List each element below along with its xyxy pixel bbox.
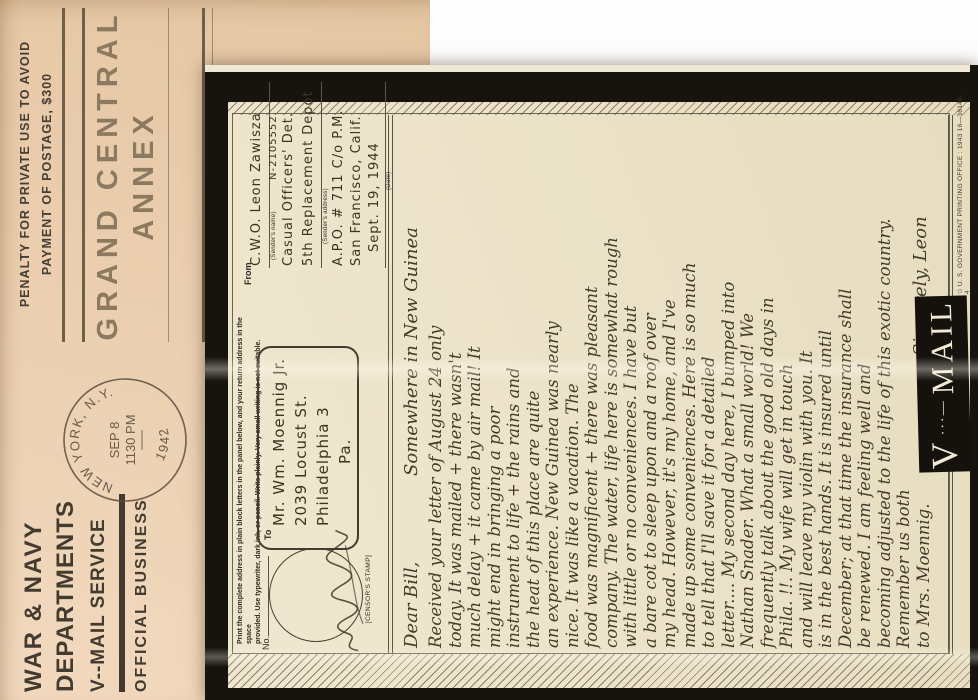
corner-card-line: WAR & NAVY (20, 494, 48, 692)
to-address-line: 2039 Locust St. (290, 358, 312, 526)
instructions-line: Print the complete address in plain bloc… (236, 310, 254, 644)
no-label: No. (261, 636, 271, 650)
hatched-border-left (228, 654, 970, 688)
header-separator-rule (392, 115, 393, 654)
film-border-top (205, 65, 228, 700)
penalty-line: PENALTY FOR PRIVATE USE TO AVOID (18, 8, 32, 340)
postmark-year: 1942 (152, 425, 172, 463)
dateline: Somewhere in New Guinea (401, 227, 422, 476)
salutation: Dear Bill, (401, 562, 422, 648)
war-navy-corner-card: WAR & NAVY DEPARTMENTS V--MAIL SERVICE O… (20, 494, 151, 692)
grand-central-annex-stamp: ANNEX (128, 8, 161, 342)
sender-serial-number: N-2105552 (268, 115, 279, 180)
penalty-line: PAYMENT OF POSTAGE, $300 (40, 8, 54, 340)
svg-text:1942: 1942 (152, 425, 172, 463)
vmail-logo-v: V (923, 442, 967, 470)
to-address-box: To Mr. Wm. Moennig Jr. 2039 Locust St. P… (257, 346, 359, 550)
sender-apo: A.P.O. # 711 C/o P.M. (331, 82, 346, 266)
sender-address-caption: (Sender's address) (323, 188, 329, 244)
film-border-left (205, 688, 978, 700)
grand-central-annex-stamp: GRAND CENTRAL (92, 8, 125, 342)
letter-date: Sept. 19, 1944 (367, 68, 382, 252)
sender-depot: 5th Replacement Depot (301, 82, 316, 266)
paper-edge-sliver (205, 65, 978, 72)
to-address-line: Philadelphia 3 (312, 358, 334, 526)
vmail-letter-sheet: Print the complete address in plain bloc… (205, 65, 978, 700)
date-caption: (Date) (386, 172, 392, 190)
to-address-line: Mr. Wm. Moennig Jr. (268, 358, 290, 526)
sender-city: San Francisco, Calif. (349, 82, 364, 266)
postmark: NEW YORK, N.Y. SEP 8 1130 PM 1942 (55, 370, 195, 510)
film-border-bottom (970, 65, 978, 700)
to-address-lines: Mr. Wm. Moennig Jr. 2039 Locust St. Phil… (268, 358, 356, 526)
no-blank-line (259, 556, 269, 636)
corner-card-line: DEPARTMENTS (52, 494, 80, 692)
sender-name: C.W.O. Leon Zawisza (249, 82, 264, 266)
address-panel-rule (62, 8, 65, 342)
sender-name-caption: (Sender's name) (271, 211, 277, 260)
postmark-time: 1130 PM (123, 414, 138, 465)
corner-card-line: V--MAIL SERVICE (88, 494, 110, 692)
scanned-vmail-document: WAR & NAVY DEPARTMENTS V--MAIL SERVICE O… (0, 0, 978, 700)
gpo-imprint: ✩ U. S. GOVERNMENT PRINTING OFFICE : 194… (956, 94, 971, 294)
postmark-date: SEP 8 (107, 422, 122, 459)
address-panel-rule (82, 8, 85, 342)
vmail-logo-mail: MAIL (923, 299, 961, 395)
from-rule (321, 82, 322, 268)
header-separator-rule (388, 115, 389, 654)
body-text: Received your letter of August 24 only t… (426, 114, 933, 648)
to-label: To (263, 530, 273, 540)
to-address-line: Pa. (334, 358, 356, 464)
vmail-logo-morse: ···— (935, 399, 952, 435)
corner-card-line: OFFICIAL BUSINESS (133, 494, 151, 692)
vmail-logo: V ···— MAIL (915, 295, 972, 472)
penalty-notice: PENALTY FOR PRIVATE USE TO AVOID PAYMENT… (18, 8, 54, 340)
vmail-form: Print the complete address in plain bloc… (205, 65, 978, 700)
address-panel-rule (168, 8, 169, 342)
corner-card-rule (119, 494, 125, 692)
sender-unit: Casual Officers' Det. (281, 82, 296, 266)
